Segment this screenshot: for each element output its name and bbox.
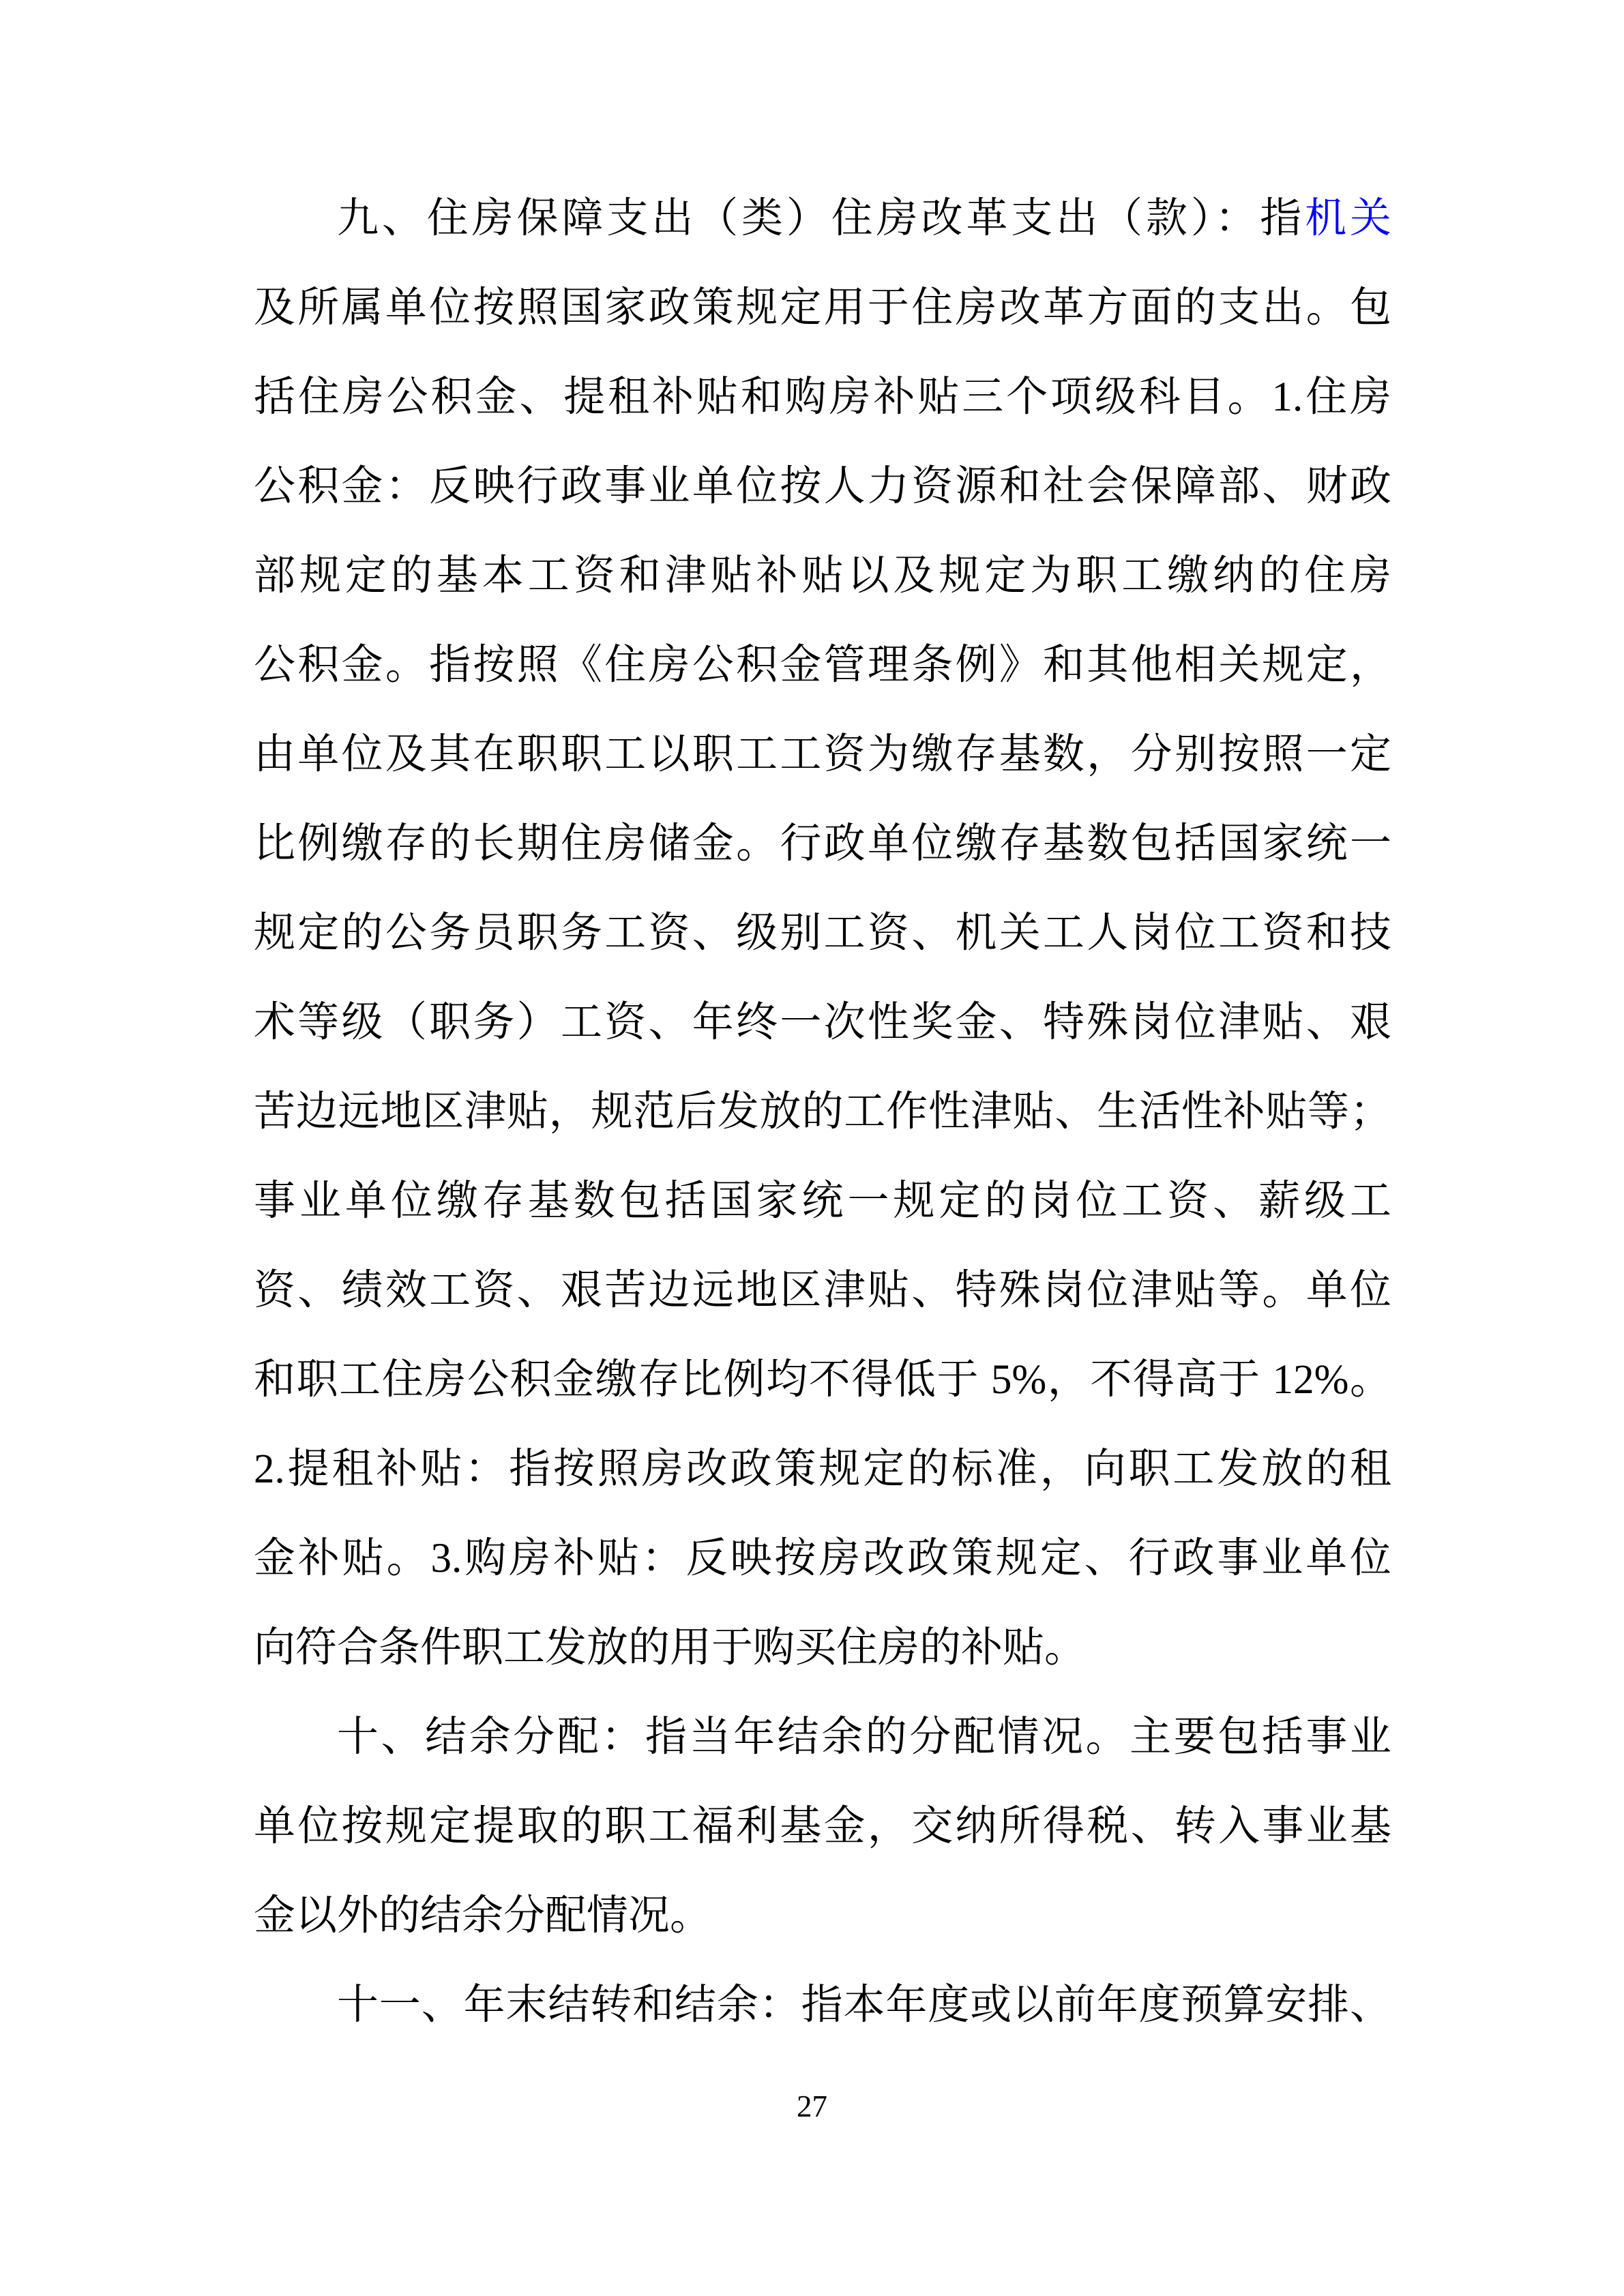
text-line: 2.提租补贴：指按照房改政策规定的标准，向职工发放的租 bbox=[254, 1425, 1391, 1514]
text-line: 括住房公积金、提租补贴和购房补贴三个项级科目。1.住房 bbox=[254, 353, 1391, 442]
page-number: 27 bbox=[0, 2089, 1624, 2123]
text-line: 及所属单位按照国家政策规定用于住房改革方面的支出。包 bbox=[254, 263, 1391, 353]
text-line: 术等级（职务）工资、年终一次性奖金、特殊岗位津贴、艰 bbox=[254, 978, 1391, 1067]
text-line: 规定的公务员职务工资、级别工资、机关工人岗位工资和技 bbox=[254, 889, 1391, 978]
text-line: 九、住房保障支出（类）住房改革支出（款）：指机关 bbox=[254, 174, 1391, 263]
text-line: 公积金。指按照《住房公积金管理条例》和其他相关规定， bbox=[254, 621, 1391, 710]
text-line: 金补贴。3.购房补贴：反映按房改政策规定、行政事业单位 bbox=[254, 1514, 1391, 1603]
text-line-paragraph-end: 金以外的结余分配情况。 bbox=[254, 1871, 1391, 1960]
text-line: 部规定的基本工资和津贴补贴以及规定为职工缴纳的住房 bbox=[254, 531, 1391, 621]
text-line: 比例缴存的长期住房储金。行政单位缴存基数包括国家统一 bbox=[254, 799, 1391, 889]
text-line: 事业单位缴存基数包括国家统一规定的岗位工资、薪级工 bbox=[254, 1157, 1391, 1246]
text-line: 十一、年末结转和结余：指本年度或以前年度预算安排、 bbox=[254, 1960, 1391, 2050]
text-line: 公积金：反映行政事业单位按人力资源和社会保障部、财政 bbox=[254, 442, 1391, 531]
text-line: 单位按规定提取的职工福利基金，交纳所得税、转入事业基 bbox=[254, 1782, 1391, 1871]
text-line: 十、结余分配：指当年结余的分配情况。主要包括事业 bbox=[254, 1693, 1391, 1782]
text-line: 和职工住房公积金缴存比例均不得低于 5%，不得高于 12%。 bbox=[254, 1335, 1391, 1425]
text-body: 九、住房保障支出（类）住房改革支出（款）：指机关 及所属单位按照国家政策规定用于… bbox=[254, 174, 1391, 2050]
document-page: 九、住房保障支出（类）住房改革支出（款）：指机关 及所属单位按照国家政策规定用于… bbox=[0, 0, 1624, 2296]
link-text-jiguan: 机关 bbox=[1305, 196, 1391, 241]
text-line-paragraph-end: 向符合条件职工发放的用于购买住房的补贴。 bbox=[254, 1603, 1391, 1693]
text-line-prefix: 九、住房保障支出（类）住房改革支出（款）：指 bbox=[337, 196, 1305, 241]
text-line: 苦边远地区津贴，规范后发放的工作性津贴、生活性补贴等； bbox=[254, 1067, 1391, 1157]
text-line: 资、绩效工资、艰苦边远地区津贴、特殊岗位津贴等。单位 bbox=[254, 1246, 1391, 1335]
text-line: 由单位及其在职职工以职工工资为缴存基数，分别按照一定 bbox=[254, 710, 1391, 799]
